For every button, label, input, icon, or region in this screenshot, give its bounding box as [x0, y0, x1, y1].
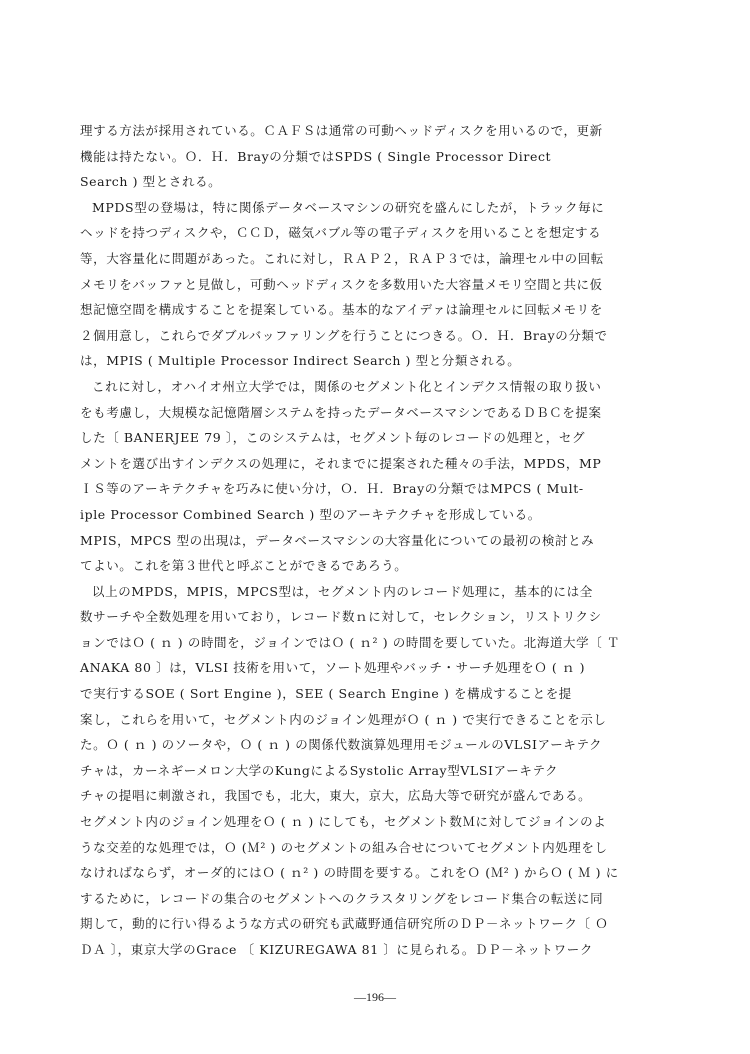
- text-line: 想記憶空間を構成することを提案している。基本的なアイデァは論理セルに回転メモリを: [80, 297, 680, 323]
- text-line: 案し，これらを用いて，セグメント内のジョイン処理がＯ ( ｎ ) で実行できるこ…: [80, 707, 680, 733]
- text-line: 理する方法が採用されている。ＣＡＦＳは通常の可動ヘッドディスクを用いるので，更新: [80, 118, 680, 144]
- text-line: 以上のMPDS，MPIS，MPCS型は，セグメント内のレコード処理に，基本的には…: [80, 579, 680, 605]
- text-line: ＤＡ 〕，東京大学のGrace 〔 KIZUREGAWA 81 〕に見られる。Ｄ…: [80, 937, 680, 963]
- body-text: 理する方法が採用されている。ＣＡＦＳは通常の可動ヘッドディスクを用いるので，更新…: [80, 118, 680, 963]
- text-line: なければならず，オーダ的にはＯ ( ｎ² ) の時間を要する。これをＯ (Ｍ² …: [80, 860, 680, 886]
- text-line: Search ) 型とされる。: [80, 169, 680, 195]
- text-line: これに対し，オハイオ州立大学では，関係のセグメント化とインデクス情報の取り扱い: [80, 374, 680, 400]
- text-line: iple Processor Combined Search ) 型のアーキテク…: [80, 502, 680, 528]
- text-line: MPDS型の登場は，特に関係データベースマシンの研究を盛んにしたが，トラック毎に: [80, 195, 680, 221]
- text-line: 等，大容量化に問題があった。これに対し，ＲＡＰ２，ＲＡＰ３では，論理セル中の回転: [80, 246, 680, 272]
- text-line: ＩＳ等のアーキテクチャを巧みに使い分け，Ｏ．Ｈ．Brayの分類ではMPCS ( …: [80, 476, 680, 502]
- text-line: 機能は持たない。Ｏ．Ｈ．Brayの分類ではSPDS ( Single Proce…: [80, 144, 680, 170]
- text-line: た。Ｏ ( ｎ ) のソータや，Ｏ ( ｎ ) の関係代数演算処理用モジュールの…: [80, 732, 680, 758]
- text-line: MPIS，MPCS 型の出現は，データベースマシンの大容量化についての最初の検討…: [80, 528, 680, 554]
- text-line: メントを選び出すインデクスの処理に，それまでに提案された種々の手法，MPDS，M…: [80, 451, 680, 477]
- text-line: チャの提唱に刺激され，我国でも，北大，東大，京大，広島大等で研究が盛んである。: [80, 783, 680, 809]
- text-line: ヘッドを持つディスクや，ＣＣＤ，磁気バブル等の電子ディスクを用いることを想定する: [80, 220, 680, 246]
- text-line: てよい。これを第３世代と呼ぶことができるであろう。: [80, 553, 680, 579]
- text-line: するために，レコードの集合のセグメントへのクラスタリングをレコード集合の転送に同: [80, 886, 680, 912]
- text-line: ョンではＯ ( ｎ ) の時間を，ジョインではＯ ( ｎ² ) の時間を要してい…: [80, 630, 680, 656]
- text-line: チャは，カーネギーメロン大学のKungによるSystolic Array型VLS…: [80, 758, 680, 784]
- page-number: —196—: [0, 990, 750, 1005]
- text-line: ２個用意し，これらでダブルバッファリングを行うことにつきる。Ｏ．Ｈ．Brayの分…: [80, 323, 680, 349]
- text-line: は，MPIS ( Multiple Processor Indirect Sea…: [80, 348, 680, 374]
- text-line: うな交差的な処理では，Ｏ (Ｍ² ) のセグメントの組み合せについてセグメント内…: [80, 835, 680, 861]
- text-line: セグメント内のジョイン処理をＯ ( ｎ ) にしても，セグメント数Ｍに対してジョ…: [80, 809, 680, 835]
- text-line: した〔 BANERJEE 79 〕，このシステムは，セグメント毎のレコードの処理…: [80, 425, 680, 451]
- text-line: 期して，動的に行い得るような方式の研究も武蔵野通信研究所のＤＰ－ネットワーク〔 …: [80, 911, 680, 937]
- text-line: メモリをバッファと見做し，可動ヘッドディスクを多数用いた大容量メモリ空間と共に仮: [80, 272, 680, 298]
- text-line: ANAKA 80 〕は，VLSI 技術を用いて，ソート処理やバッチ・サーチ処理を…: [80, 655, 680, 681]
- text-line: をも考慮し，大規模な記憶階層システムを持ったデータベースマシンであるＤＢＣを提案: [80, 400, 680, 426]
- document-page: 理する方法が採用されている。ＣＡＦＳは通常の可動ヘッドディスクを用いるので，更新…: [0, 0, 750, 1054]
- text-line: で実行するSOE ( Sort Engine )，SEE ( Search En…: [80, 681, 680, 707]
- text-line: 数サーチや全数処理を用いており，レコード数ｎに対して，セレクション，リストリクシ: [80, 604, 680, 630]
